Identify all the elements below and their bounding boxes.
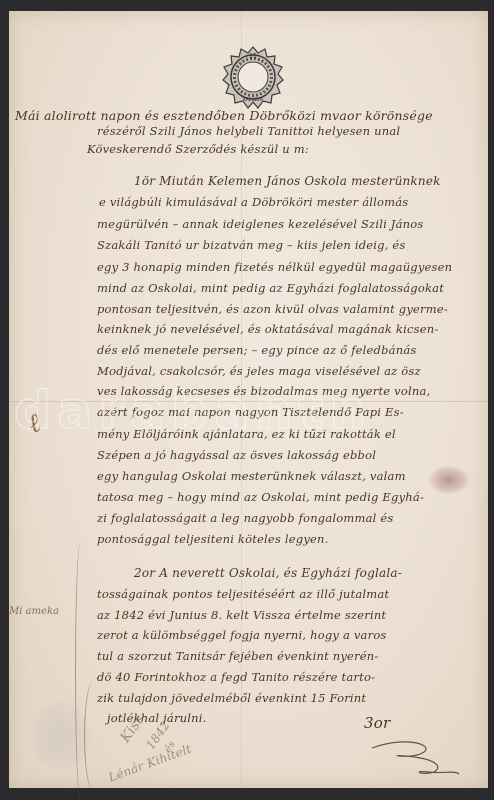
text-line: zerot a külömbséggel fogja nyerni, hogy … bbox=[97, 628, 387, 642]
svg-text:15: 15 bbox=[249, 53, 257, 60]
text-line: egy hangulag Oskolai mesterünknek válasz… bbox=[97, 469, 406, 483]
text-line: Szakáli Tanitó ur bizatván meg – kiis je… bbox=[97, 238, 406, 252]
text-line: 2or A neverett Oskolai, és Egyházi fogla… bbox=[134, 566, 402, 580]
text-line: Köveskerendő Szerződés készül u m: bbox=[87, 142, 309, 156]
watermark: darabanth bbox=[14, 381, 372, 441]
text-line: zik tulajdon jövedelméből évenkint 15 Fo… bbox=[97, 691, 366, 705]
text-line: tatosa meg – hogy mind az Oskolai, mint … bbox=[97, 490, 424, 504]
text-line: Modjával, csakolcsór, és jeles maga vise… bbox=[97, 364, 421, 378]
manuscript-page: 15 KREUZER Mái alolirott napon és eszten… bbox=[9, 11, 488, 788]
ink-stain bbox=[429, 466, 469, 494]
text-line: egy 3 honapig minden fizetés nélkül egye… bbox=[97, 260, 452, 274]
text-line: az 1842 évi Junius 8. kelt Vissza értelm… bbox=[97, 608, 386, 622]
flourish-icon bbox=[364, 726, 464, 776]
text-line: pontosággal teljesiteni köteles legyen. bbox=[97, 532, 329, 546]
text-line: dö 40 Forintokhoz a fegd Tanito részére … bbox=[97, 670, 375, 684]
margin-bracket bbox=[84, 681, 103, 791]
text-line: mind az Oskolai, mint pedig az Egyházi f… bbox=[97, 281, 444, 295]
text-line: 1ör Miután Kelemen János Oskola mesterün… bbox=[134, 174, 441, 188]
text-line: keinknek jó nevelésével, és oktatásával … bbox=[97, 322, 438, 336]
revenue-stamp-icon: 15 KREUZER bbox=[221, 45, 285, 109]
text-line: tul a szorzut Tanitsár fejében évenkint … bbox=[97, 649, 378, 663]
text-line: tosságainak pontos teljesitéséért az ill… bbox=[97, 587, 389, 601]
text-line: Szépen a jó hagyással az ösves lakosság … bbox=[97, 448, 376, 462]
text-line: dés elő menetele persen; – egy pince az … bbox=[97, 343, 417, 357]
text-line: zi foglalatosságait a leg nagyobb fongal… bbox=[97, 511, 394, 525]
text-line: e világbúli kimulásával a Döbrököri mest… bbox=[99, 195, 408, 209]
text-line: Mái alolirott napon és esztendőben Döbrő… bbox=[15, 108, 433, 123]
text-line: részéről Szili János helybeli Tanittoi h… bbox=[97, 124, 400, 138]
text-line: pontosan teljesitvén, és azon kivül olva… bbox=[97, 302, 448, 316]
text-line: megürülvén – annak ideiglenes kezeléséve… bbox=[97, 217, 424, 231]
margin-note: Mi ameka bbox=[9, 606, 59, 617]
svg-text:KREUZER: KREUZER bbox=[243, 97, 263, 102]
